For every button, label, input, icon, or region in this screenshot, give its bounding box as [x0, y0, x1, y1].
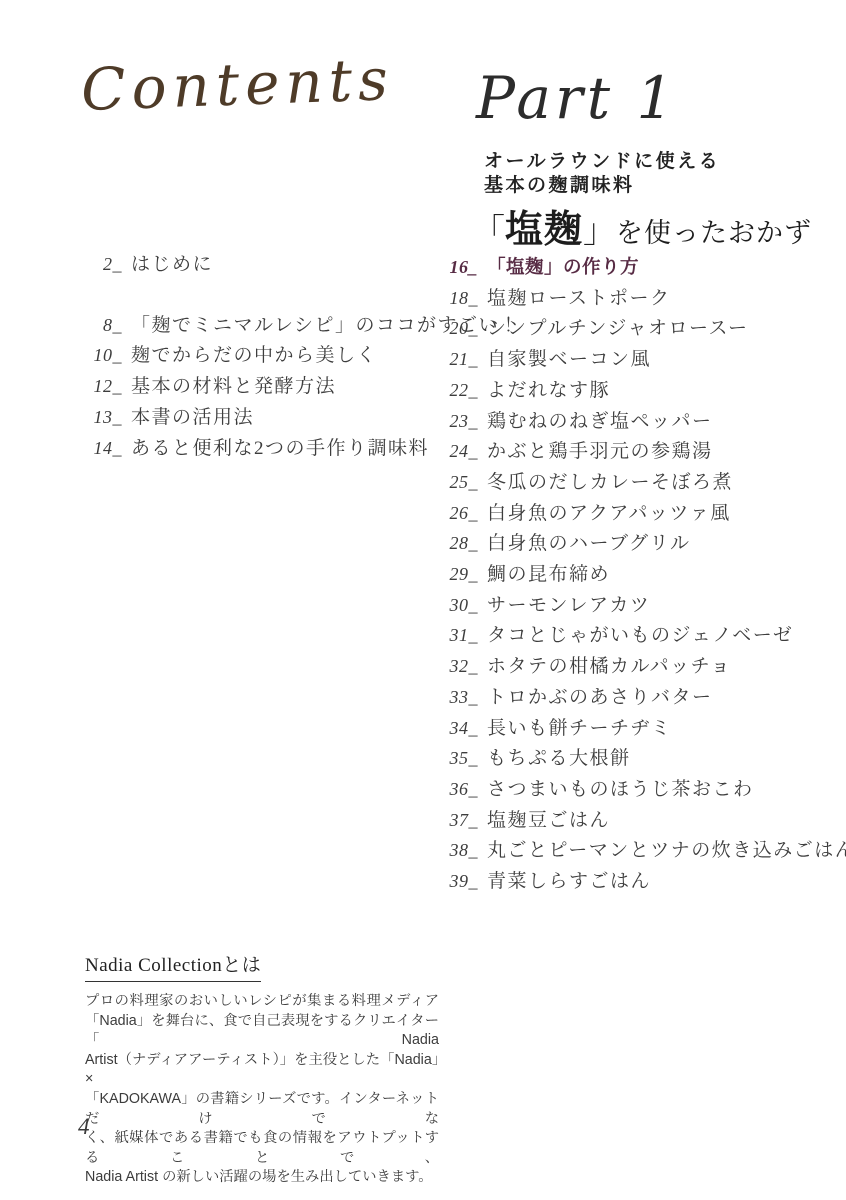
toc-entry: 39_青菜しらすごはん — [442, 867, 842, 898]
toc-entry-title: 鶏むねのねぎ塩ペッパー — [487, 411, 713, 432]
toc-entry-title: 基本の材料と発酵方法 — [131, 376, 336, 397]
toc-entry-title: 本書の活用法 — [131, 407, 254, 428]
toc-entry: 21_自家製ベーコン風 — [442, 345, 842, 376]
toc-entry-page-number: 18_ — [442, 284, 478, 313]
toc-entry-page-number: 20_ — [442, 314, 478, 343]
toc-entry-title: あると便利な2つの手作り調味料 — [131, 438, 429, 459]
toc-entry-title: シンプルチンジャオロースー — [487, 318, 749, 339]
contents-script-title: Contents — [80, 45, 395, 124]
toc-entry-page-number: 25_ — [442, 468, 478, 497]
toc-entry-title: 麹でからだの中から美しく — [131, 345, 377, 366]
toc-entry-page-number: 32_ — [442, 652, 478, 681]
toc-entry-title: はじめに — [131, 254, 213, 275]
toc-entry-title: 丸ごとピーマンとツナの炊き込みごはん — [487, 840, 846, 861]
front-matter-toc-list: 2_はじめに8_「麹でミニマルレシピ」のココがすごい！10_麹でからだの中から美… — [86, 250, 438, 464]
toc-entry-title: 鯛の昆布締め — [487, 564, 610, 585]
nadia-collection-info-box: Nadia Collectionとは プロの料理家のおいしいレシピが集まる料理メ… — [85, 950, 439, 1188]
toc-entry: 22_よだれなす豚 — [442, 376, 842, 407]
toc-entry-title: 塩麹ローストポーク — [487, 288, 671, 309]
toc-entry-title: タコとじゃがいものジェノベーゼ — [487, 625, 793, 646]
toc-entry: 34_長いも餅チーチヂミ — [442, 714, 842, 745]
part1-title-emphasis: 塩麹 — [505, 209, 583, 251]
part1-title: 「塩麹」を使ったおかず — [472, 198, 812, 253]
toc-entry-title: かぶと鶏手羽元の参鶏湯 — [487, 441, 713, 462]
toc-entry-page-number: 36_ — [442, 775, 478, 804]
toc-entry: 2_はじめに — [86, 250, 438, 281]
toc-entry: 25_冬瓜のだしカレーそぼろ煮 — [442, 468, 842, 499]
part1-title-bracket-open: 「 — [472, 214, 505, 250]
toc-entry: 18_塩麹ローストポーク — [442, 284, 842, 315]
toc-entry: 28_白身魚のハーブグリル — [442, 529, 842, 560]
toc-entry: 12_基本の材料と発酵方法 — [86, 372, 438, 403]
toc-entry-title: 塩麹豆ごはん — [487, 810, 610, 831]
nadia-collection-description-line: 「KADOKAWA」の書籍シリーズです。インターネットだけでな — [85, 1090, 439, 1129]
toc-entry-title: 長いも餅チーチヂミ — [487, 718, 672, 739]
nadia-collection-description-line: Nadia Artist の新しい活躍の場を生み出していきます。 — [85, 1168, 439, 1188]
toc-entry-page-number: 35_ — [442, 744, 478, 773]
toc-entry-page-number: 30_ — [442, 591, 478, 620]
toc-entry: 33_トロかぶのあさりバター — [442, 683, 842, 714]
toc-entry-page-number: 8_ — [86, 311, 122, 340]
toc-entry: 13_本書の活用法 — [86, 403, 438, 434]
toc-entry-page-number: 29_ — [442, 560, 478, 589]
part1-script-title: Part 1 — [476, 64, 677, 132]
toc-entry-page-number: 28_ — [442, 529, 478, 558]
part1-subtitle-line1: オールラウンドに使える — [484, 150, 720, 174]
toc-entry: 30_サーモンレアカツ — [442, 591, 842, 622]
toc-entry: 38_丸ごとピーマンとツナの炊き込みごはん — [442, 836, 842, 867]
toc-entry-page-number: 38_ — [442, 836, 478, 865]
toc-entry-title: 冬瓜のだしカレーそぼろ煮 — [487, 472, 733, 493]
toc-entry-title: 白身魚のアクアパッツァ風 — [487, 503, 731, 524]
nadia-collection-description-line: 「Nadia」を舞台に、食で自己表現をするクリエイター「Nadia — [85, 1012, 439, 1051]
part1-title-bracket-close: 」 — [583, 214, 616, 250]
toc-entry-title: 「塩麹」の作り方 — [487, 256, 639, 277]
toc-entry: 31_タコとじゃがいものジェノベーゼ — [442, 621, 842, 652]
toc-entry-title: もちぷる大根餅 — [487, 748, 631, 769]
toc-entry-title: 白身魚のハーブグリル — [487, 533, 690, 554]
toc-entry-page-number: 31_ — [442, 621, 478, 650]
toc-entry-title: さつまいものほうじ茶おこわ — [487, 779, 754, 800]
part1-toc-list: 16_「塩麹」の作り方18_塩麹ローストポーク20_シンプルチンジャオロースー2… — [442, 253, 842, 898]
toc-entry-page-number: 12_ — [86, 372, 122, 401]
toc-entry-page-number: 10_ — [86, 341, 122, 370]
toc-entry-page-number: 21_ — [442, 345, 478, 374]
toc-entry-page-number: 39_ — [442, 867, 478, 896]
toc-entry-page-number: 26_ — [442, 499, 478, 528]
toc-entry-title: 青菜しらすごはん — [487, 871, 651, 892]
toc-entry: 29_鯛の昆布締め — [442, 560, 842, 591]
toc-entry: 32_ホタテの柑橘カルパッチョ — [442, 652, 842, 683]
toc-entry-page-number: 14_ — [86, 434, 122, 463]
toc-entry-page-number: 13_ — [86, 403, 122, 432]
toc-entry-title: 自家製ベーコン風 — [487, 349, 651, 370]
toc-entry: 26_白身魚のアクアパッツァ風 — [442, 499, 842, 530]
toc-entry-page-number: 33_ — [442, 683, 478, 712]
book-contents-page: Contents Part 1 オールラウンドに使える 基本の麹調味料 「塩麹」… — [0, 0, 846, 1200]
toc-entry-page-number: 23_ — [442, 407, 478, 436]
toc-entry-page-number: 37_ — [442, 806, 478, 835]
part1-subtitle-line2: 基本の麹調味料 — [484, 174, 720, 198]
front-matter-toc-group: 8_「麹でミニマルレシピ」のココがすごい！10_麹でからだの中から美しく12_基… — [86, 311, 438, 465]
toc-entry-page-number: 22_ — [442, 376, 478, 405]
part1-subtitle: オールラウンドに使える 基本の麹調味料 — [484, 150, 720, 198]
page-number: 4 — [78, 1114, 90, 1140]
toc-entry: 36_さつまいものほうじ茶おこわ — [442, 775, 842, 806]
toc-entry-title: サーモンレアカツ — [487, 595, 650, 616]
toc-entry: 37_塩麹豆ごはん — [442, 806, 842, 837]
toc-entry-page-number: 34_ — [442, 714, 478, 743]
nadia-collection-description-line: プロの料理家のおいしいレシピが集まる料理メディア — [85, 992, 439, 1012]
toc-entry-page-number: 2_ — [86, 250, 122, 279]
toc-entry-title: トロかぶのあさりバター — [487, 687, 713, 708]
toc-entry-title: ホタテの柑橘カルパッチョ — [487, 656, 731, 677]
toc-entry: 8_「麹でミニマルレシピ」のココがすごい！ — [86, 311, 438, 342]
nadia-collection-description-line: Artist（ナディアアーティスト）」を主役とした「Nadia」× — [85, 1051, 439, 1090]
toc-entry: 16_「塩麹」の作り方 — [442, 253, 842, 284]
toc-entry: 10_麹でからだの中から美しく — [86, 341, 438, 372]
toc-entry: 23_鶏むねのねぎ塩ペッパー — [442, 407, 842, 438]
nadia-collection-description-line: く、紙媒体である書籍でも食の情報をアウトプットすることで、 — [85, 1129, 439, 1168]
toc-entry: 24_かぶと鶏手羽元の参鶏湯 — [442, 437, 842, 468]
toc-entry-page-number: 16_ — [442, 253, 478, 282]
nadia-collection-description: プロの料理家のおいしいレシピが集まる料理メディア「Nadia」を舞台に、食で自己… — [85, 992, 439, 1188]
nadia-collection-title: Nadia Collectionとは — [85, 950, 261, 982]
toc-entry-page-number: 24_ — [442, 437, 478, 466]
toc-entry: 14_あると便利な2つの手作り調味料 — [86, 434, 438, 465]
toc-entry: 35_もちぷる大根餅 — [442, 744, 842, 775]
toc-entry-title: よだれなす豚 — [487, 380, 610, 401]
part1-title-rest: を使ったおかず — [616, 218, 812, 248]
front-matter-toc-group: 2_はじめに — [86, 250, 438, 281]
toc-entry: 20_シンプルチンジャオロースー — [442, 314, 842, 345]
